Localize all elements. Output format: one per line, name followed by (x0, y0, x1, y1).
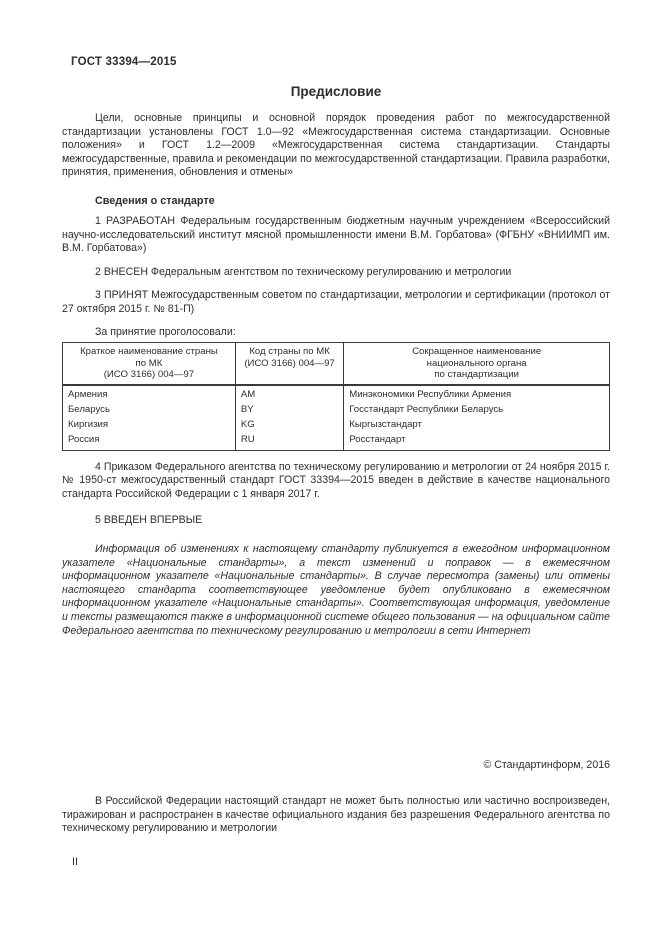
intro-paragraph: Цели, основные принципы и основной поряд… (62, 112, 610, 180)
header-country-name: Краткое наименование страны по МК (ИСО 3… (63, 343, 236, 385)
cell-code: RU (235, 432, 343, 451)
table-row: Армения AM Минэкономики Республики Армен… (63, 385, 610, 402)
cell-code: BY (235, 402, 343, 417)
reproduction-notice: В Российской Федерации настоящий стандар… (62, 795, 610, 836)
table-row: Беларусь BY Госстандарт Республики Белар… (63, 402, 610, 417)
cell-org: Росстандарт (344, 432, 610, 451)
standard-info-item-4: 4 Приказом Федерального агентства по тех… (62, 461, 610, 502)
cell-org: Минэкономики Республики Армения (344, 385, 610, 402)
standard-info-item-5: 5 ВВЕДЕН ВПЕРВЫЕ (62, 514, 610, 528)
standard-info-item-2: 2 ВНЕСЕН Федеральным агентством по техни… (62, 266, 610, 280)
header-country-code: Код страны по МК (ИСО 3166) 004—97 (235, 343, 343, 385)
standard-info-item-1: 1 РАЗРАБОТАН Федеральным государственным… (62, 215, 610, 256)
doc-code: ГОСТ 33394—2015 (71, 56, 610, 68)
vote-table: Краткое наименование страны по МК (ИСО 3… (62, 342, 610, 451)
amendments-notice: Информация об изменениях к настоящему ст… (62, 543, 610, 638)
page-title: Предисловие (62, 84, 610, 99)
table-row: Россия RU Росстандарт (63, 432, 610, 451)
standard-info-item-3: 3 ПРИНЯТ Межгосударственным советом по с… (62, 289, 610, 316)
table-header-row: Краткое наименование страны по МК (ИСО 3… (63, 343, 610, 385)
cell-org: Госстандарт Республики Беларусь (344, 402, 610, 417)
cell-code: AM (235, 385, 343, 402)
standard-info-heading: Сведения о стандарте (62, 195, 610, 207)
document-page: ГОСТ 33394—2015 Предисловие Цели, основн… (0, 0, 661, 936)
table-row: Киргизия KG Кыргызстандарт (63, 417, 610, 432)
copyright-line: © Стандартинформ, 2016 (62, 759, 610, 771)
vote-caption: За принятие проголосовали: (62, 326, 610, 340)
cell-country: Россия (63, 432, 236, 451)
page-number: II (72, 856, 78, 868)
cell-country: Армения (63, 385, 236, 402)
vote-table-header: Краткое наименование страны по МК (ИСО 3… (63, 343, 610, 385)
cell-code: KG (235, 417, 343, 432)
cell-country: Беларусь (63, 402, 236, 417)
cell-org: Кыргызстандарт (344, 417, 610, 432)
header-national-org: Сокращенное наименование национального о… (344, 343, 610, 385)
vote-table-body: Армения AM Минэкономики Республики Армен… (63, 385, 610, 451)
cell-country: Киргизия (63, 417, 236, 432)
